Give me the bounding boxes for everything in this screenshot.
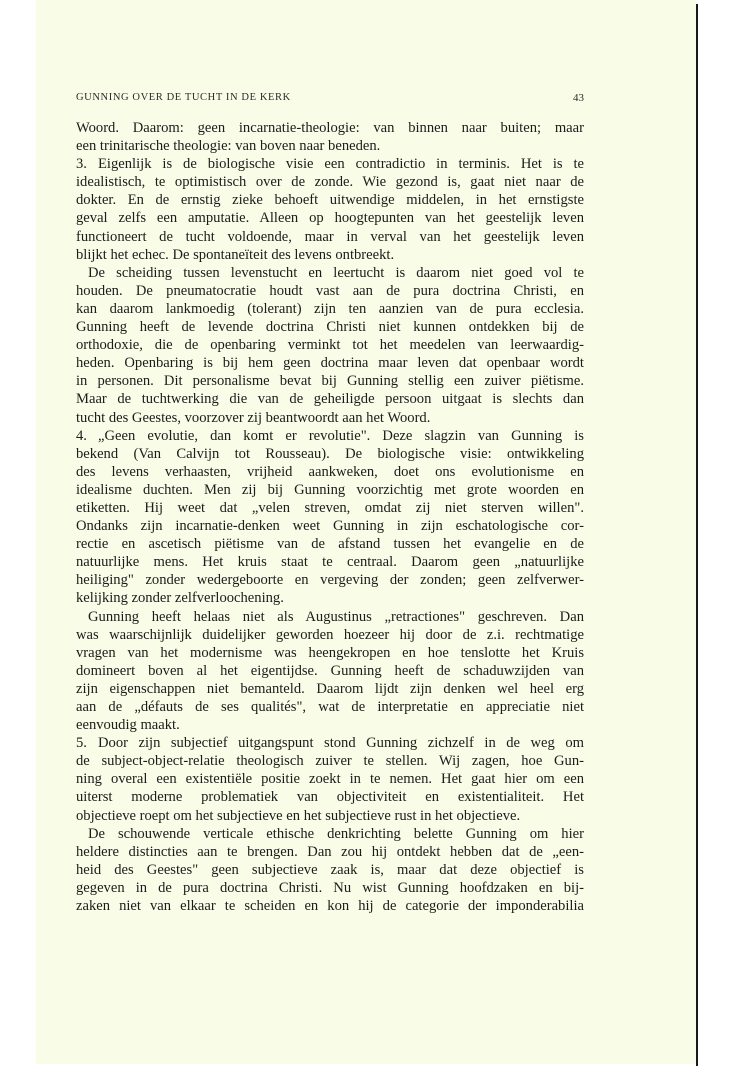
line-text: heldere distincties aan te brengen. Dan …	[76, 844, 584, 860]
line-text: Eigenlijk is de biologische visie een co…	[98, 156, 584, 172]
line-text: domineert boven al het eigentijdse. Gunn…	[76, 663, 584, 679]
text-line: idealistisch, te optimistisch over de zo…	[76, 173, 584, 191]
text-line: Maar de tuchtwerking die van de geheilig…	[76, 390, 584, 408]
section-number: 5.	[76, 734, 98, 752]
text-line: Gunning heeft helaas niet als Augustinus…	[76, 608, 584, 626]
line-text: Gunning heeft helaas niet als Augustinus…	[88, 609, 584, 625]
text-line: domineert boven al het eigentijdse. Gunn…	[76, 662, 584, 680]
line-text: heid des Geestes" geen subjectieve zaak …	[76, 862, 584, 878]
line-text: functioneert de tucht voldoende, maar in…	[76, 229, 584, 245]
text-line: natuurlijke mens. Het kruis staat te cen…	[76, 553, 584, 571]
text-line: kan daarom lankmoedig (tolerant) zijn te…	[76, 300, 584, 318]
text-line: idealisme duchten. Men zij bij Gunning v…	[76, 481, 584, 499]
line-text: ning overal een existentiële positie zoe…	[76, 771, 584, 787]
text-line: de subject-object-relatie theologisch zu…	[76, 752, 584, 770]
line-text: kan daarom lankmoedig (tolerant) zijn te…	[76, 301, 584, 317]
text-line: bekend (Van Calvijn tot Rousseau). De bi…	[76, 445, 584, 463]
text-line: objectieve roept om het subjectieve en h…	[76, 807, 584, 825]
running-head: GUNNING OVER DE TUCHT IN DE KERK 43	[76, 92, 584, 106]
line-text: Door zijn subjectief uitgangspunt stond …	[98, 735, 584, 751]
line-text: een trinitarische theologie: van boven n…	[76, 138, 380, 154]
text-line: eenvoudig maakt.	[76, 716, 584, 734]
text-line: in personen. Dit personalisme bevat bij …	[76, 372, 584, 390]
line-text: aan de „défauts de ses qualités", wat de…	[76, 699, 584, 715]
line-text: eenvoudig maakt.	[76, 717, 180, 733]
text-line: geval zelfs een amputatie. Alleen op hoo…	[76, 209, 584, 227]
line-text: vragen van het modernisme was heengekrop…	[76, 645, 584, 661]
text-line: heldere distincties aan te brengen. Dan …	[76, 843, 584, 861]
text-line: heid des Geestes" geen subjectieve zaak …	[76, 861, 584, 879]
line-text: etiketten. Hij weet dat „velen streven, …	[76, 500, 584, 516]
line-text: in personen. Dit personalisme bevat bij …	[76, 373, 584, 389]
line-text: de subject-object-relatie theologisch zu…	[76, 753, 584, 769]
text-line: Ondanks zijn incarnatie-denken weet Gunn…	[76, 517, 584, 535]
text-line: ning overal een existentiële positie zoe…	[76, 770, 584, 788]
text-line: uiterst moderne problematiek van objecti…	[76, 788, 584, 806]
line-text: Woord. Daarom: geen incarnatie-theologie…	[76, 120, 584, 136]
body-text: Woord. Daarom: geen incarnatie-theologie…	[76, 119, 584, 915]
section-number: 3.	[76, 155, 98, 173]
text-line: etiketten. Hij weet dat „velen streven, …	[76, 499, 584, 517]
line-text: De scheiding tussen levenstucht en leert…	[88, 265, 584, 281]
text-line: Woord. Daarom: geen incarnatie-theologie…	[76, 119, 584, 137]
text-line: 3.Eigenlijk is de biologische visie een …	[76, 155, 584, 173]
text-line: orthodoxie, die de openbaring verminkt t…	[76, 336, 584, 354]
text-line: rectie en ascetisch piëtisme van de afst…	[76, 535, 584, 553]
text-line: heden. Openbaring is bij hem geen doctri…	[76, 354, 584, 372]
text-line: houden. De pneumatocratie houdt vast aan…	[76, 282, 584, 300]
line-text: was waarschijnlijk duidelijker geworden …	[76, 627, 584, 643]
page-number: 43	[573, 92, 584, 104]
line-text: kelijking zonder zelfverloochening.	[76, 590, 284, 606]
text-line: des levens verhaasten, vrijheid aankweke…	[76, 463, 584, 481]
line-text: gegeven in de pura doctrina Christi. Nu …	[76, 880, 584, 896]
line-text: rectie en ascetisch piëtisme van de afst…	[76, 536, 584, 552]
text-line: dokter. En de ernstig zieke behoeft uitw…	[76, 191, 584, 209]
running-title: GUNNING OVER DE TUCHT IN DE KERK	[76, 92, 291, 103]
line-text: idealistisch, te optimistisch over de zo…	[76, 174, 584, 190]
line-text: heiliging" zonder wedergeboorte en verge…	[76, 572, 584, 588]
line-text: des levens verhaasten, vrijheid aankweke…	[76, 464, 584, 480]
line-text: dokter. En de ernstig zieke behoeft uitw…	[76, 192, 584, 208]
line-text: zijn eigenschappen niet bemanteld. Daaro…	[76, 681, 584, 697]
text-line: 5.Door zijn subjectief uitgangspunt ston…	[76, 734, 584, 752]
text-line: was waarschijnlijk duidelijker geworden …	[76, 626, 584, 644]
line-text: De schouwende verticale ethische denkric…	[88, 826, 584, 842]
text-line: blijkt het echec. De spontaneïteit des l…	[76, 246, 584, 264]
line-text: Gunning heeft de levende doctrina Christ…	[76, 319, 584, 335]
line-text: houden. De pneumatocratie houdt vast aan…	[76, 283, 584, 299]
text-line: Gunning heeft de levende doctrina Christ…	[76, 318, 584, 336]
line-text: Maar de tuchtwerking die van de geheilig…	[76, 391, 584, 407]
text-line: gegeven in de pura doctrina Christi. Nu …	[76, 879, 584, 897]
line-text: orthodoxie, die de openbaring verminkt t…	[76, 337, 584, 353]
line-text: heden. Openbaring is bij hem geen doctri…	[76, 355, 584, 371]
line-text: idealisme duchten. Men zij bij Gunning v…	[76, 482, 584, 498]
line-text: uiterst moderne problematiek van objecti…	[76, 789, 584, 805]
line-text: „Geen evolutie, dan komt er revolutie". …	[98, 428, 584, 444]
line-text: objectieve roept om het subjectieve en h…	[76, 808, 520, 824]
line-text: Ondanks zijn incarnatie-denken weet Gunn…	[76, 518, 584, 534]
text-line: aan de „défauts de ses qualités", wat de…	[76, 698, 584, 716]
text-line: kelijking zonder zelfverloochening.	[76, 589, 584, 607]
line-text: tucht des Geestes, voorzover zij beantwo…	[76, 410, 430, 426]
text-line: zijn eigenschappen niet bemanteld. Daaro…	[76, 680, 584, 698]
line-text: bekend (Van Calvijn tot Rousseau). De bi…	[76, 446, 584, 462]
line-text: natuurlijke mens. Het kruis staat te cen…	[76, 554, 584, 570]
text-line: 4.„Geen evolutie, dan komt er revolutie"…	[76, 427, 584, 445]
text-line: vragen van het modernisme was heengekrop…	[76, 644, 584, 662]
page-edge-line	[696, 4, 698, 1066]
line-text: blijkt het echec. De spontaneïteit des l…	[76, 247, 394, 263]
text-line: zaken niet van elkaar te scheiden en kon…	[76, 897, 584, 915]
text-line: tucht des Geestes, voorzover zij beantwo…	[76, 409, 584, 427]
line-text: geval zelfs een amputatie. Alleen op hoo…	[76, 210, 584, 226]
text-line: De scheiding tussen levenstucht en leert…	[76, 264, 584, 282]
text-line: een trinitarische theologie: van boven n…	[76, 137, 584, 155]
section-number: 4.	[76, 427, 98, 445]
text-line: heiliging" zonder wedergeboorte en verge…	[76, 571, 584, 589]
line-text: zaken niet van elkaar te scheiden en kon…	[76, 898, 584, 914]
text-line: functioneert de tucht voldoende, maar in…	[76, 228, 584, 246]
text-line: De schouwende verticale ethische denkric…	[76, 825, 584, 843]
